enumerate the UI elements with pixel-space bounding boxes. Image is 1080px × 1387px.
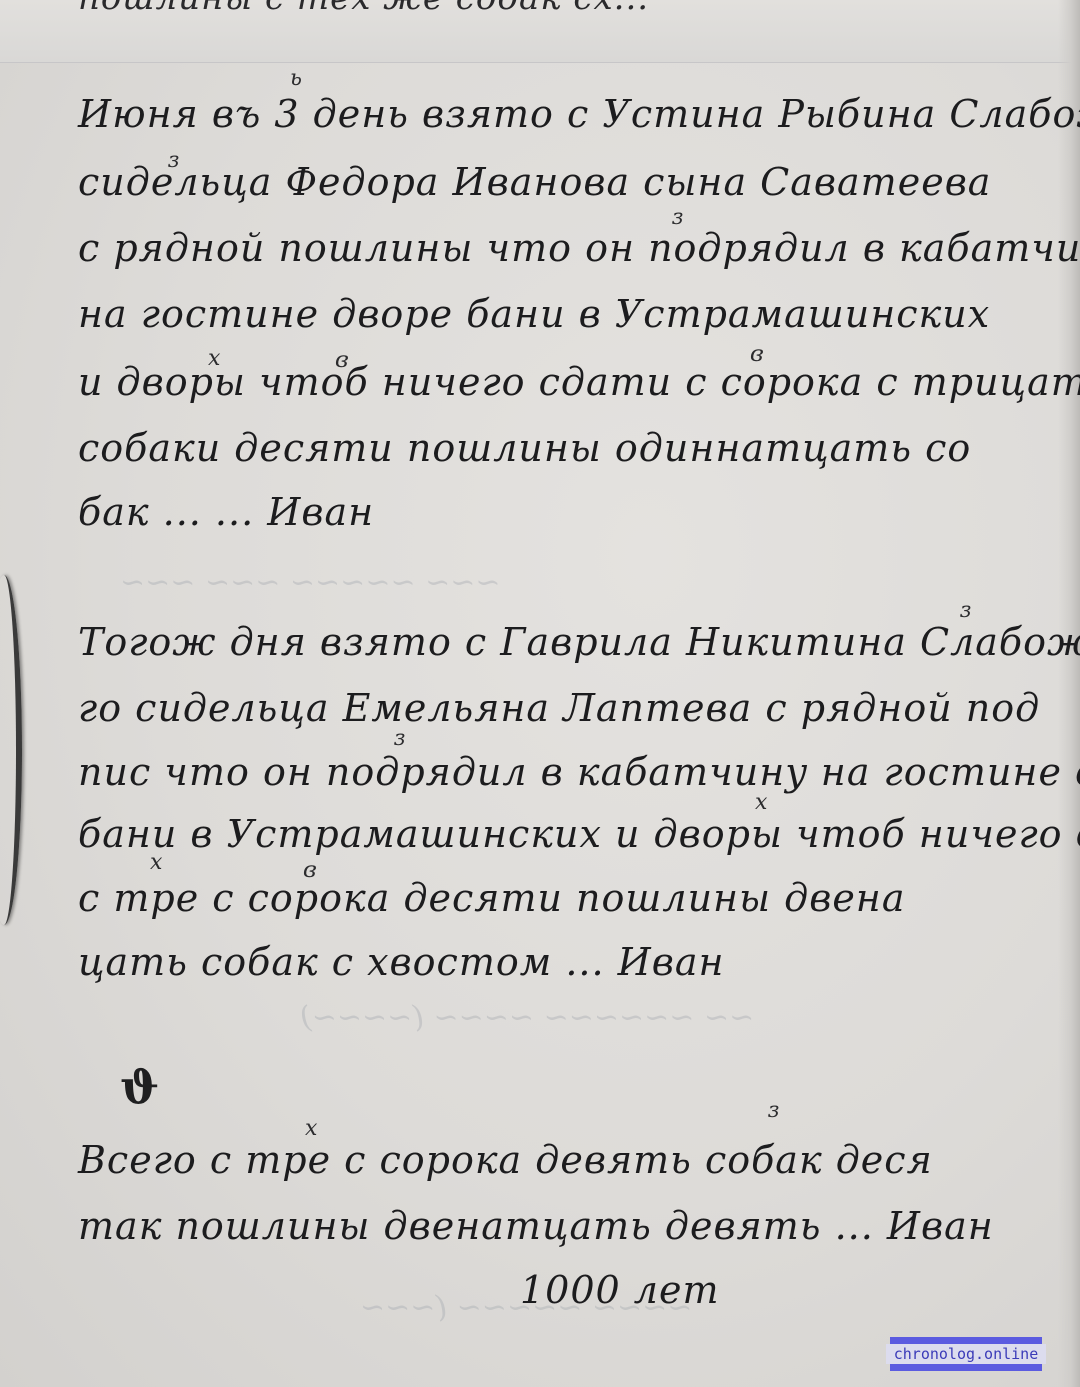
manuscript-line: 1000 лет [520, 1268, 720, 1312]
superscript-mark: ɜ [768, 1098, 779, 1123]
margin-flourish: ϑ [120, 1060, 159, 1114]
manuscript-line: сидельца Федора Иванова сына Саватеева [78, 160, 991, 204]
manuscript-line: пис что он подрядил в кабатчинy на гости… [78, 750, 1080, 794]
cut-off-line: пошлины с тех же собак сх... [78, 0, 649, 18]
manuscript-line: собаки десяти пошлины одиннатцать со [78, 426, 971, 470]
manuscript-line: Всего с тре с сорока девять собак деся [78, 1138, 933, 1182]
superscript-mark: ь [290, 66, 302, 91]
manuscript-line: с рядной пошлины что он подрядил в кабат… [78, 226, 1080, 270]
manuscript-line: го сидельца Емельяна Лаптева с рядной по… [78, 686, 1040, 730]
manuscript-line: бак ... ... Иван [78, 490, 374, 534]
manuscript-line: бани в Устрамашинских и дворы чтоб ничег… [78, 812, 1080, 856]
page-edge-right [1058, 0, 1080, 1387]
manuscript-line: так пошлины двенатцать девять ... Иван [78, 1204, 994, 1248]
binding-edge [0, 575, 22, 925]
watermark-badge: chronolog.online [890, 1337, 1042, 1371]
manuscript-line: Тогож дня взято с Гаврила Никитина Слабо… [78, 620, 1080, 664]
manuscript-line: на гостине дворе бани в Устрамашинских [78, 292, 990, 336]
manuscript-page: ~~~ ~~~~~ ~~~ ~~~ ~~ ~~~~~~ ~~~~ (~~~~) … [0, 0, 1080, 1387]
manuscript-line: Июня въ 3 день взято с Устина Рыбина Сла… [78, 92, 1080, 136]
manuscript-line: цать собак с хвостом ... Иван [78, 940, 725, 984]
bleed-through-text: ~~ ~~~~~~ ~~~~ (~~~~) [300, 1000, 754, 1035]
manuscript-line: и дворы чтоб ничего сдати с сорока с три… [78, 360, 1080, 404]
bleed-through-text: ~~~ ~~~~~ ~~~ ~~~ [120, 565, 501, 600]
watermark-text: chronolog.online [886, 1344, 1047, 1364]
manuscript-line: с тре с сорока десяти пошлины двена [78, 876, 906, 920]
